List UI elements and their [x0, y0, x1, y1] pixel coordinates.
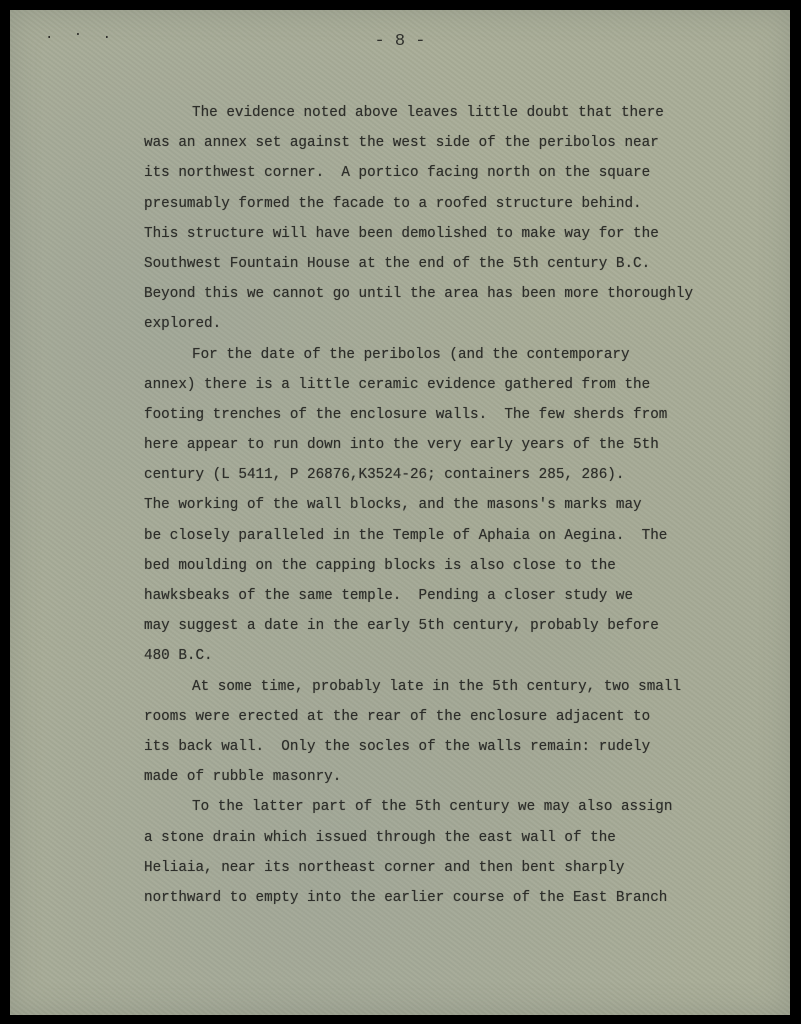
text-line: To the latter part of the 5th century we…: [144, 792, 784, 822]
text-line: century (L 5411, P 26876,K3524-26; conta…: [144, 460, 784, 490]
text-line: hawksbeaks of the same temple. Pending a…: [144, 581, 784, 611]
body-text: The evidence noted above leaves little d…: [144, 98, 784, 913]
text-line: Heliaia, near its northeast corner and t…: [144, 853, 784, 883]
text-line: Beyond this we cannot go until the area …: [144, 279, 784, 309]
text-line: bed moulding on the capping blocks is al…: [144, 551, 784, 581]
text-line: annex) there is a little ceramic evidenc…: [144, 370, 784, 400]
text-line: northward to empty into the earlier cour…: [144, 883, 784, 913]
text-line: explored.: [144, 309, 784, 339]
text-line: its back wall. Only the socles of the wa…: [144, 732, 784, 762]
text-line: Southwest Fountain House at the end of t…: [144, 249, 784, 279]
text-line: made of rubble masonry.: [144, 762, 784, 792]
text-line: 480 B.C.: [144, 641, 784, 671]
text-line: At some time, probably late in the 5th c…: [144, 672, 784, 702]
text-line: may suggest a date in the early 5th cent…: [144, 611, 784, 641]
typewritten-page: . · . - 8 - The evidence noted above lea…: [10, 10, 790, 1015]
text-line: be closely paralleled in the Temple of A…: [144, 521, 784, 551]
text-line: This structure will have been demolished…: [144, 219, 784, 249]
text-line: rooms were erected at the rear of the en…: [144, 702, 784, 732]
text-line: a stone drain which issued through the e…: [144, 823, 784, 853]
text-line: was an annex set against the west side o…: [144, 128, 784, 158]
page-number: - 8 -: [10, 32, 790, 51]
text-line: here appear to run down into the very ea…: [144, 430, 784, 460]
text-line: footing trenches of the enclosure walls.…: [144, 400, 784, 430]
text-line: The evidence noted above leaves little d…: [144, 98, 784, 128]
text-line: For the date of the peribolos (and the c…: [144, 340, 784, 370]
text-line: The working of the wall blocks, and the …: [144, 490, 784, 520]
text-line: its northwest corner. A portico facing n…: [144, 158, 784, 188]
text-line: presumably formed the facade to a roofed…: [144, 189, 784, 219]
